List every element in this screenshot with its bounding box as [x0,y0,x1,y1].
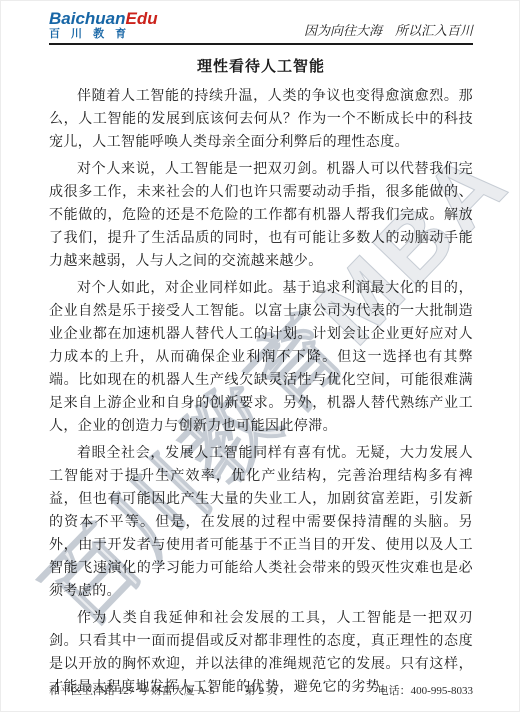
page-footer: 第 2 页 和平区卫津路 127 号 财富大厦 A-5 电话：400-995-8… [49,682,473,698]
document-page: 百川教育MBA BaichuanEdu 百 川 教 育 因为向往大海 所以汇入百… [0,0,520,712]
brand-logo-text-blue: Baichuan [49,9,126,28]
brand-logo-text-red: Edu [126,9,158,28]
header-slogan: 因为向往大海 所以汇入百川 [304,20,473,40]
document-title: 理性看待人工智能 [49,55,473,76]
brand-logo-chinese-name: 百 川 教 育 [49,29,158,40]
footer-phone: 电话：400-995-8033 [378,682,473,698]
paragraph: 伴随着人工智能的持续升温，人类的争议也变得愈演愈烈。那么，人工智能的发展到底该何… [49,85,473,154]
brand-logo: BaichuanEdu 百 川 教 育 [49,10,158,40]
paragraph: 对个人来说，人工智能是一把双刃剑。机器人可以代替我们完成很多工作，未来社会的人们… [49,158,473,273]
paragraph: 着眼全社会，发展人工智能同样有喜有忧。无疑，大力发展人工智能对于提升生产效率，优… [49,442,473,603]
paragraph: 对个人如此，对企业同样如此。基于追求利润最大化的目的，企业自然是乐于接受人工智能… [49,277,473,438]
footer-address: 和平区卫津路 127 号 财富大厦 A-5 [49,682,215,698]
document-body: 理性看待人工智能 伴随着人工智能的持续升温，人类的争议也变得愈演愈烈。那么，人工… [49,55,473,699]
letterhead-header: BaichuanEdu 百 川 教 育 因为向往大海 所以汇入百川 [49,10,473,45]
brand-logo-wordmark: BaichuanEdu [49,10,158,27]
